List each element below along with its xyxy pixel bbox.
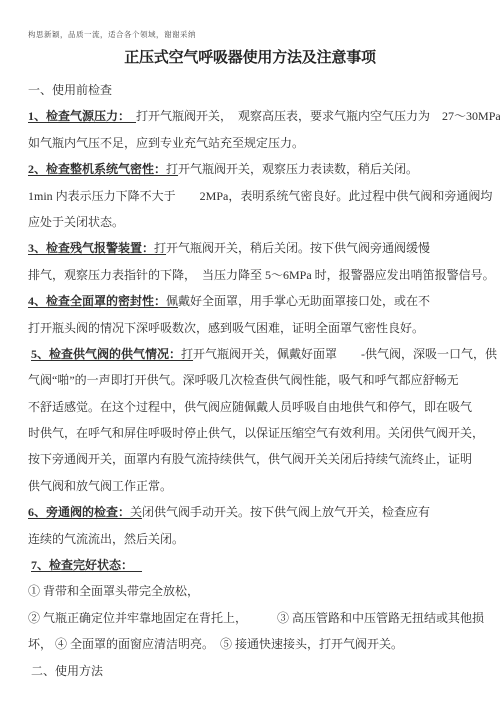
text-segment: 排气，观察压力表指针的下降， 当压力降至 5～6MPa 时，报警器应发出哨笛报警… <box>28 268 495 282</box>
text-segment: 不舒适感觉。在这个过程中，供气阀应随佩戴人员呼吸自由地供气和停气，即在吸气 <box>28 400 472 414</box>
document-line: 6、旁通阀的检查：关闭供气阀手动开关。按下供气阀上放气开关，检查应有 <box>28 499 500 525</box>
text-segment: 7、检查完好状态： <box>31 558 142 572</box>
document-line: 1、检查气源压力： 打开气瓶阀开关， 观察高压表，要求气瓶内空气压力为 27～3… <box>28 103 500 129</box>
document-line: 7、检查完好状态： <box>28 552 500 578</box>
text-segment: 4、检查全面罩的密封性： <box>28 294 166 308</box>
text-segment: ② 气瓶正确定位并牢靠地固定在背托上， ③ 高压管路和中压管路无扭结或其他损 <box>28 611 484 625</box>
document-line: 时供气，在呼气和屏住呼吸时停止供气，以保证压缩空气有效利用。关闭供气阀开关， <box>28 420 500 446</box>
text-segment: 打 <box>181 347 193 361</box>
text-segment: 2、检查整机系统气密性： <box>28 162 166 176</box>
text-segment: 关 <box>130 505 142 519</box>
text-segment: 戴好全面罩，用手掌心无助面罩接口处，或在不 <box>178 294 430 308</box>
document-line: 5、检查供气阀的供气情况：打开气瓶阀开关，佩戴好面罩 -供气阀，深吸一口气，供 <box>28 341 500 367</box>
text-segment: 开气瓶阀开关，稍后关闭。按下供气阀旁通阀缓慢 <box>166 241 430 255</box>
section-heading-1: 一、使用前检查 <box>28 77 500 103</box>
document-line: 坏， ④ 全面罩的面窗应清洁明亮。 ⑤ 接通快速接头，打开气阀开关。 <box>28 631 500 657</box>
text-segment: 1min 内表示压力下降不大于 2MPa，表明系统气密良好。此过程中供气阀和旁通… <box>28 189 492 203</box>
text-segment: 打开气瓶阀开关， 观察高压表，要求气瓶内空气压力为 27～30MPa。 <box>136 109 500 123</box>
section-heading-2: 二、使用方法 <box>28 658 500 684</box>
document-line: 打开瓶头阀的情况下深呼吸数次，感到吸气困难，证明全面罩气密性良好。 <box>28 315 500 341</box>
text-segment: 二、使用方法 <box>28 664 103 678</box>
document-line: 应处于关闭状态。 <box>28 209 500 235</box>
document-title: 正压式空气呼吸器使用方法及注意事项 <box>0 48 500 68</box>
document-line: 连续的气流流出，然后关闭。 <box>28 526 500 552</box>
text-segment: 打开瓶头阀的情况下深呼吸数次，感到吸气困难，证明全面罩气密性良好。 <box>28 321 424 335</box>
document-body: 一、使用前检查1、检查气源压力： 打开气瓶阀开关， 观察高压表，要求气瓶内空气压… <box>28 77 500 684</box>
document-line: 供气阀和放气阀工作正常。 <box>28 473 500 499</box>
document-line: 2、检查整机系统气密性：打开气瓶阀开关，观察压力表读数，稍后关闭。 <box>28 156 500 182</box>
text-segment: 开气瓶阀开关，佩戴好面罩 -供气阀，深吸一口气，供 <box>193 347 497 361</box>
text-segment: 打 <box>154 241 166 255</box>
text-segment: ① 背带和全面罩头带完全放松， <box>28 584 199 598</box>
text-segment: 连续的气流流出，然后关闭。 <box>28 532 184 546</box>
document-line: 4、检查全面罩的密封性：佩戴好全面罩，用手掌心无助面罩接口处，或在不 <box>28 288 500 314</box>
text-segment: 5、检查供气阀的供气情况： <box>31 347 181 361</box>
document-line: ② 气瓶正确定位并牢靠地固定在背托上， ③ 高压管路和中压管路无扭结或其他损 <box>28 605 500 631</box>
document-line: 3、检查残气报警装置：打开气瓶阀开关，稍后关闭。按下供气阀旁通阀缓慢 <box>28 235 500 261</box>
text-segment: 气阀“啪”的一声即打开供气。深呼吸几次检查供气阀性能，吸气和呼气都应舒畅无 <box>28 373 459 387</box>
header-note: 构思新颖，品质一流，适合各个领域，谢谢采纳 <box>0 0 500 39</box>
text-segment: 按下旁通阀开关，面罩内有股气流持续供气，供气阀开关关闭后持续气流终止，证明 <box>28 452 472 466</box>
document-line: 按下旁通阀开关，面罩内有股气流持续供气，供气阀开关关闭后持续气流终止，证明 <box>28 446 500 472</box>
text-segment: 应处于关闭状态。 <box>28 215 124 229</box>
text-segment: 坏， ④ 全面罩的面窗应清洁明亮。 ⑤ 接通快速接头，打开气阀开关。 <box>28 637 403 651</box>
document-line: 排气，观察压力表指针的下降， 当压力降至 5～6MPa 时，报警器应发出哨笛报警… <box>28 262 500 288</box>
text-segment: 时供气，在呼气和屏住呼吸时停止供气，以保证压缩空气有效利用。关闭供气阀开关， <box>28 426 484 440</box>
document-page: 构思新颖，品质一流，适合各个领域，谢谢采纳 正压式空气呼吸器使用方法及注意事项 … <box>0 0 500 708</box>
document-line: 不舒适感觉。在这个过程中，供气阀应随佩戴人员呼吸自由地供气和停气，即在吸气 <box>28 394 500 420</box>
text-segment: 1、检查气源压力： <box>28 109 136 123</box>
text-segment: 开气瓶阀开关，观察压力表读数，稍后关闭。 <box>178 162 418 176</box>
text-segment: 供气阀和放气阀工作正常。 <box>28 479 172 493</box>
text-segment: 一、使用前检查 <box>28 83 112 97</box>
text-segment: 闭供气阀手动开关。按下供气阀上放气开关，检查应有 <box>142 505 430 519</box>
document-line: 气阀“啪”的一声即打开供气。深呼吸几次检查供气阀性能，吸气和呼气都应舒畅无 <box>28 367 500 393</box>
text-segment: 6、旁通阀的检查： <box>28 505 130 519</box>
document-line: ① 背带和全面罩头带完全放松， <box>28 578 500 604</box>
text-segment: 3、检查残气报警装置： <box>28 241 154 255</box>
text-segment: 佩 <box>166 294 178 308</box>
document-line: 1min 内表示压力下降不大于 2MPa，表明系统气密良好。此过程中供气阀和旁通… <box>28 183 500 209</box>
document-line: 如气瓶内气压不足，应到专业充气站充至规定压力。 <box>28 130 500 156</box>
text-segment: 打 <box>166 162 178 176</box>
text-segment: 如气瓶内气压不足，应到专业充气站充至规定压力。 <box>28 136 304 150</box>
